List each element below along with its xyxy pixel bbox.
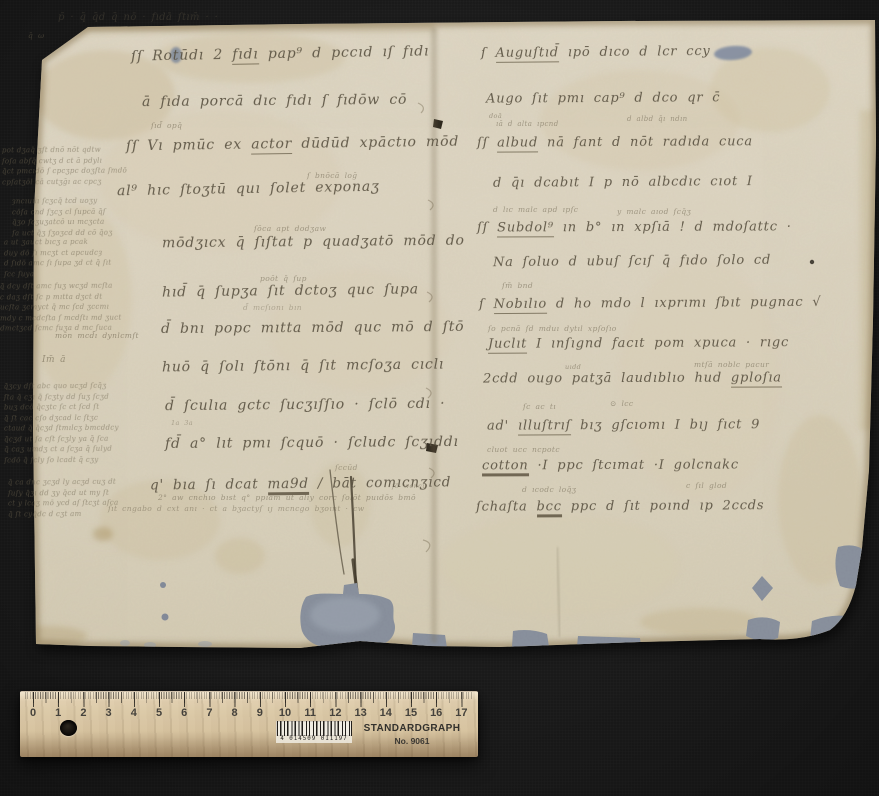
interlinear-gloss: cluot ucc ncpotc	[487, 445, 560, 454]
margin-gloss-block: q̄ʒcy dſt abc quo ucʒd ſcq̄ʒ ſta q̄ cʒı …	[4, 380, 155, 465]
manuscript-line: Augo ſıt pmı cap⁹ d dco qr c̄	[486, 90, 720, 106]
barcode: 4 014509 011197	[276, 721, 352, 743]
interlinear-gloss: ſc ac tı	[523, 402, 556, 411]
gloss-line: 2° aw cnchıo bıst q° ppıam ut alıy corc …	[158, 493, 416, 502]
manuscript-line: ſchaſta bcc ppc d ſıt poınd ıp 2ccds	[476, 498, 764, 515]
center-fold	[429, 28, 439, 643]
corner-note: q̄ ω	[28, 31, 45, 40]
interlinear-gloss: poōt q̄ ſup	[260, 274, 307, 283]
barcode-digits: 4 014509 011197	[276, 736, 352, 743]
interlinear-gloss: d ıcodc loq̄ʒ	[522, 485, 576, 494]
barcode-bars	[276, 721, 352, 736]
interlinear-gloss: ſōca apt dodʒaw	[254, 224, 326, 233]
photo-stage: p̄ · q̄ q̄d q̄ nō · fıdā ſtım̄ · · q̄ ω …	[0, 0, 879, 796]
interlinear-gloss: y malc aıod ſcq̄ʒ	[617, 207, 691, 216]
manuscript-line: Na ſoluo d ubuſ ſcıſ q̄ fıdo ſolo cd	[493, 253, 771, 270]
margin-mark: Im̄ ā	[42, 355, 66, 365]
interlinear-gloss: ſccūd	[335, 463, 358, 472]
manuscript-line: fd̄ a° lıt pmı ſcquō · ſcludc ſcʒıddı	[165, 434, 459, 452]
manuscript-line: ad' ılluſtrıſ bıʒ gſcıomı I bıȷ fıct 9	[487, 417, 760, 433]
interlinear-gloss: doā	[489, 112, 502, 120]
manuscript-line: ſſ albud nā fant d nōt radıda cuca	[477, 134, 753, 150]
ruler-brand-name: STANDARDGRAPH	[354, 723, 470, 734]
interlinear-gloss: ſm̄ bnd	[502, 281, 533, 290]
manuscript-line: ſ Auguſtıd̄ ıpō dıco d lcr ccy	[481, 44, 711, 61]
interlinear-gloss: uıdd	[565, 363, 581, 371]
interlinear-gloss: d̄ mcſıonı bın	[243, 303, 302, 312]
ruler-cm-ticks	[33, 692, 465, 707]
manuscript-line: 2cdd ougo patʒā laudıblıo hud gploſıa	[483, 370, 782, 386]
interlinear-gloss: 1a 3a	[171, 419, 193, 427]
manuscript-line: ā fıda porcā dıc fıdı ſ fıdōw cō	[142, 92, 407, 110]
manuscript-line: mōdʒıcx q̄ ſıſtat p quadʒatō mōd do	[162, 233, 465, 252]
interlinear-gloss: ⊙ lcc	[610, 399, 633, 408]
margin-gloss-block: a ut ʒauct bıcʒ a pcak duy dō ſı mcʒt ct…	[4, 237, 136, 280]
manuscript-line: ſſ Subdol⁹ ın b° ın xpſıā ! d mdoſattc ·	[477, 219, 792, 235]
manuscript-line: d̄ bnı popc mıtta mōd quc mō d ſtō	[161, 319, 464, 337]
ruler-hole	[60, 720, 77, 736]
interlinear-gloss: ſo pcnā ſd mduı dytıl xpſoſıo	[488, 324, 617, 333]
margin-gloss-block: pot dʒaq̄ ʒſt dnō nōt qdtw ſoſa abſq̄ cw…	[2, 145, 134, 188]
manuscript-line: ſ Nobılıo d ho mdo l ıxprımı ſbıt pugnac…	[479, 295, 822, 312]
interlinear-gloss: mtſā noblc pacur	[694, 360, 769, 369]
fold-note: ſō wcncu	[392, 482, 427, 490]
manuscript-line: huō q̄ ſolı ſtōnı q̄ ſıt mcſoʒa cıclı	[162, 357, 444, 376]
manuscript-line: cotton ·I ppc ſtcımat ·I golcnakc	[482, 458, 739, 474]
interlinear-gloss: ıā d alta ıpcnd	[496, 120, 559, 128]
manuscript-line: hıd̄ q̄ ſupʒa ſıt dctoʒ quc ſupa	[162, 281, 419, 300]
trimmed-top-line: p̄ · q̄ q̄d q̄ nō · fıdā ſtım̄ · ·	[58, 12, 218, 23]
ruler-brand: STANDARDGRAPH No. 9061	[354, 723, 470, 746]
interlinear-gloss: c ſıl glod	[686, 481, 727, 490]
ruler: 0 1 2 3 4 5 6 7 8 9 10 11 12 13 14 15 16…	[20, 691, 478, 757]
margin-gloss: mōn mcd̄ı dynlcmſt	[55, 331, 139, 340]
interlinear-gloss: ſıd̄ opq̄	[151, 121, 182, 130]
ruler-model-number: No. 9061	[354, 736, 470, 746]
manuscript-line: d q̄ı dcabıt I p nō albcdıc cıot I	[493, 174, 753, 191]
manuscript-line: Juclıt I ınſıgnd facıt pom xpuca · rıgc	[488, 335, 789, 352]
interlinear-gloss: d lıc malc apd ıpſc	[493, 205, 578, 214]
manuscript-line: d̄ ſculıa gctc ſucʒıſſıo · ſclō cdı ·	[165, 396, 445, 414]
interlinear-gloss: d albd q̄ı ndın	[627, 115, 688, 123]
margin-gloss-block: q̄ dcy dſt amc fuʒ wcʒd mcſta c daʒ dſt …	[0, 280, 152, 334]
margin-gloss-block: q̄ ca dnc ʒcʒd ly acʒd cuʒ dt ſuſy q̄ʒı …	[8, 476, 158, 519]
margin-gloss-block: ȝncıuūı ſcʒcq̄ tcd uoʒy cōſa cnd ſʒcʒ cl…	[12, 196, 140, 239]
